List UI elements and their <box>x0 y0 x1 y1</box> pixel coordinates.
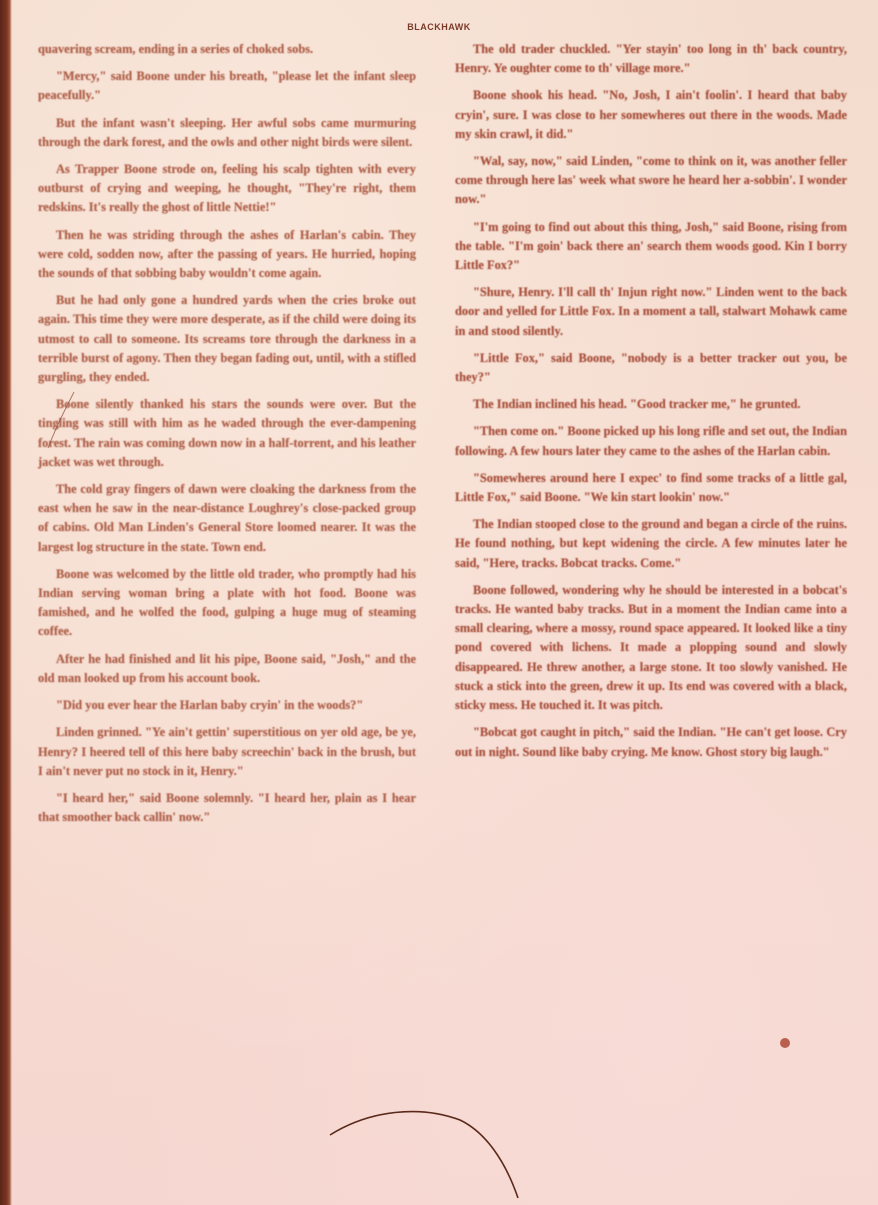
paragraph: "Bobcat got caught in pitch," said the I… <box>455 723 847 761</box>
paragraph: Boone silently thanked his stars the sou… <box>38 395 416 472</box>
paragraph: "Wal, say, now," said Linden, "come to t… <box>455 152 847 210</box>
paragraph: Boone followed, wondering why he should … <box>455 581 847 715</box>
binding-edge <box>0 0 12 1205</box>
paragraph: The old trader chuckled. "Yer stayin' to… <box>455 40 847 78</box>
paragraph: Linden grinned. "Ye ain't gettin' supers… <box>38 723 416 781</box>
scanned-page: BLACKHAWK quavering scream, ending in a … <box>0 0 878 1205</box>
paragraph: But he had only gone a hundred yards whe… <box>38 291 416 387</box>
paragraph: "Somewheres around here I expec' to find… <box>455 469 847 507</box>
paragraph: quavering scream, ending in a series of … <box>38 40 416 59</box>
paragraph: Boone was welcomed by the little old tra… <box>38 565 416 642</box>
ink-blot-icon <box>780 1038 790 1048</box>
pen-curve-icon <box>320 1090 520 1200</box>
paragraph: "I heard her," said Boone solemnly. "I h… <box>38 789 416 827</box>
paragraph: "Then come on." Boone picked up his long… <box>455 422 847 460</box>
paragraph: But the infant wasn't sleeping. Her awfu… <box>38 114 416 152</box>
paragraph: "Mercy," said Boone under his breath, "p… <box>38 67 416 105</box>
paragraph: The cold gray fingers of dawn were cloak… <box>38 480 416 557</box>
paragraph: "I'm going to find out about this thing,… <box>455 218 847 276</box>
paragraph: The Indian inclined his head. "Good trac… <box>455 395 847 414</box>
right-column: The old trader chuckled. "Yer stayin' to… <box>455 40 847 770</box>
paragraph: "Little Fox," said Boone, "nobody is a b… <box>455 349 847 387</box>
paragraph: Then he was striding through the ashes o… <box>38 226 416 284</box>
paragraph: "Did you ever hear the Harlan baby cryin… <box>38 696 416 715</box>
running-header: BLACKHAWK <box>0 22 878 32</box>
paragraph: "Shure, Henry. I'll call th' Injun right… <box>455 283 847 341</box>
left-column: quavering scream, ending in a series of … <box>38 40 416 835</box>
paragraph: Boone shook his head. "No, Josh, I ain't… <box>455 86 847 144</box>
paragraph: As Trapper Boone strode on, feeling his … <box>38 160 416 218</box>
paragraph: After he had finished and lit his pipe, … <box>38 650 416 688</box>
paragraph: The Indian stooped close to the ground a… <box>455 515 847 573</box>
